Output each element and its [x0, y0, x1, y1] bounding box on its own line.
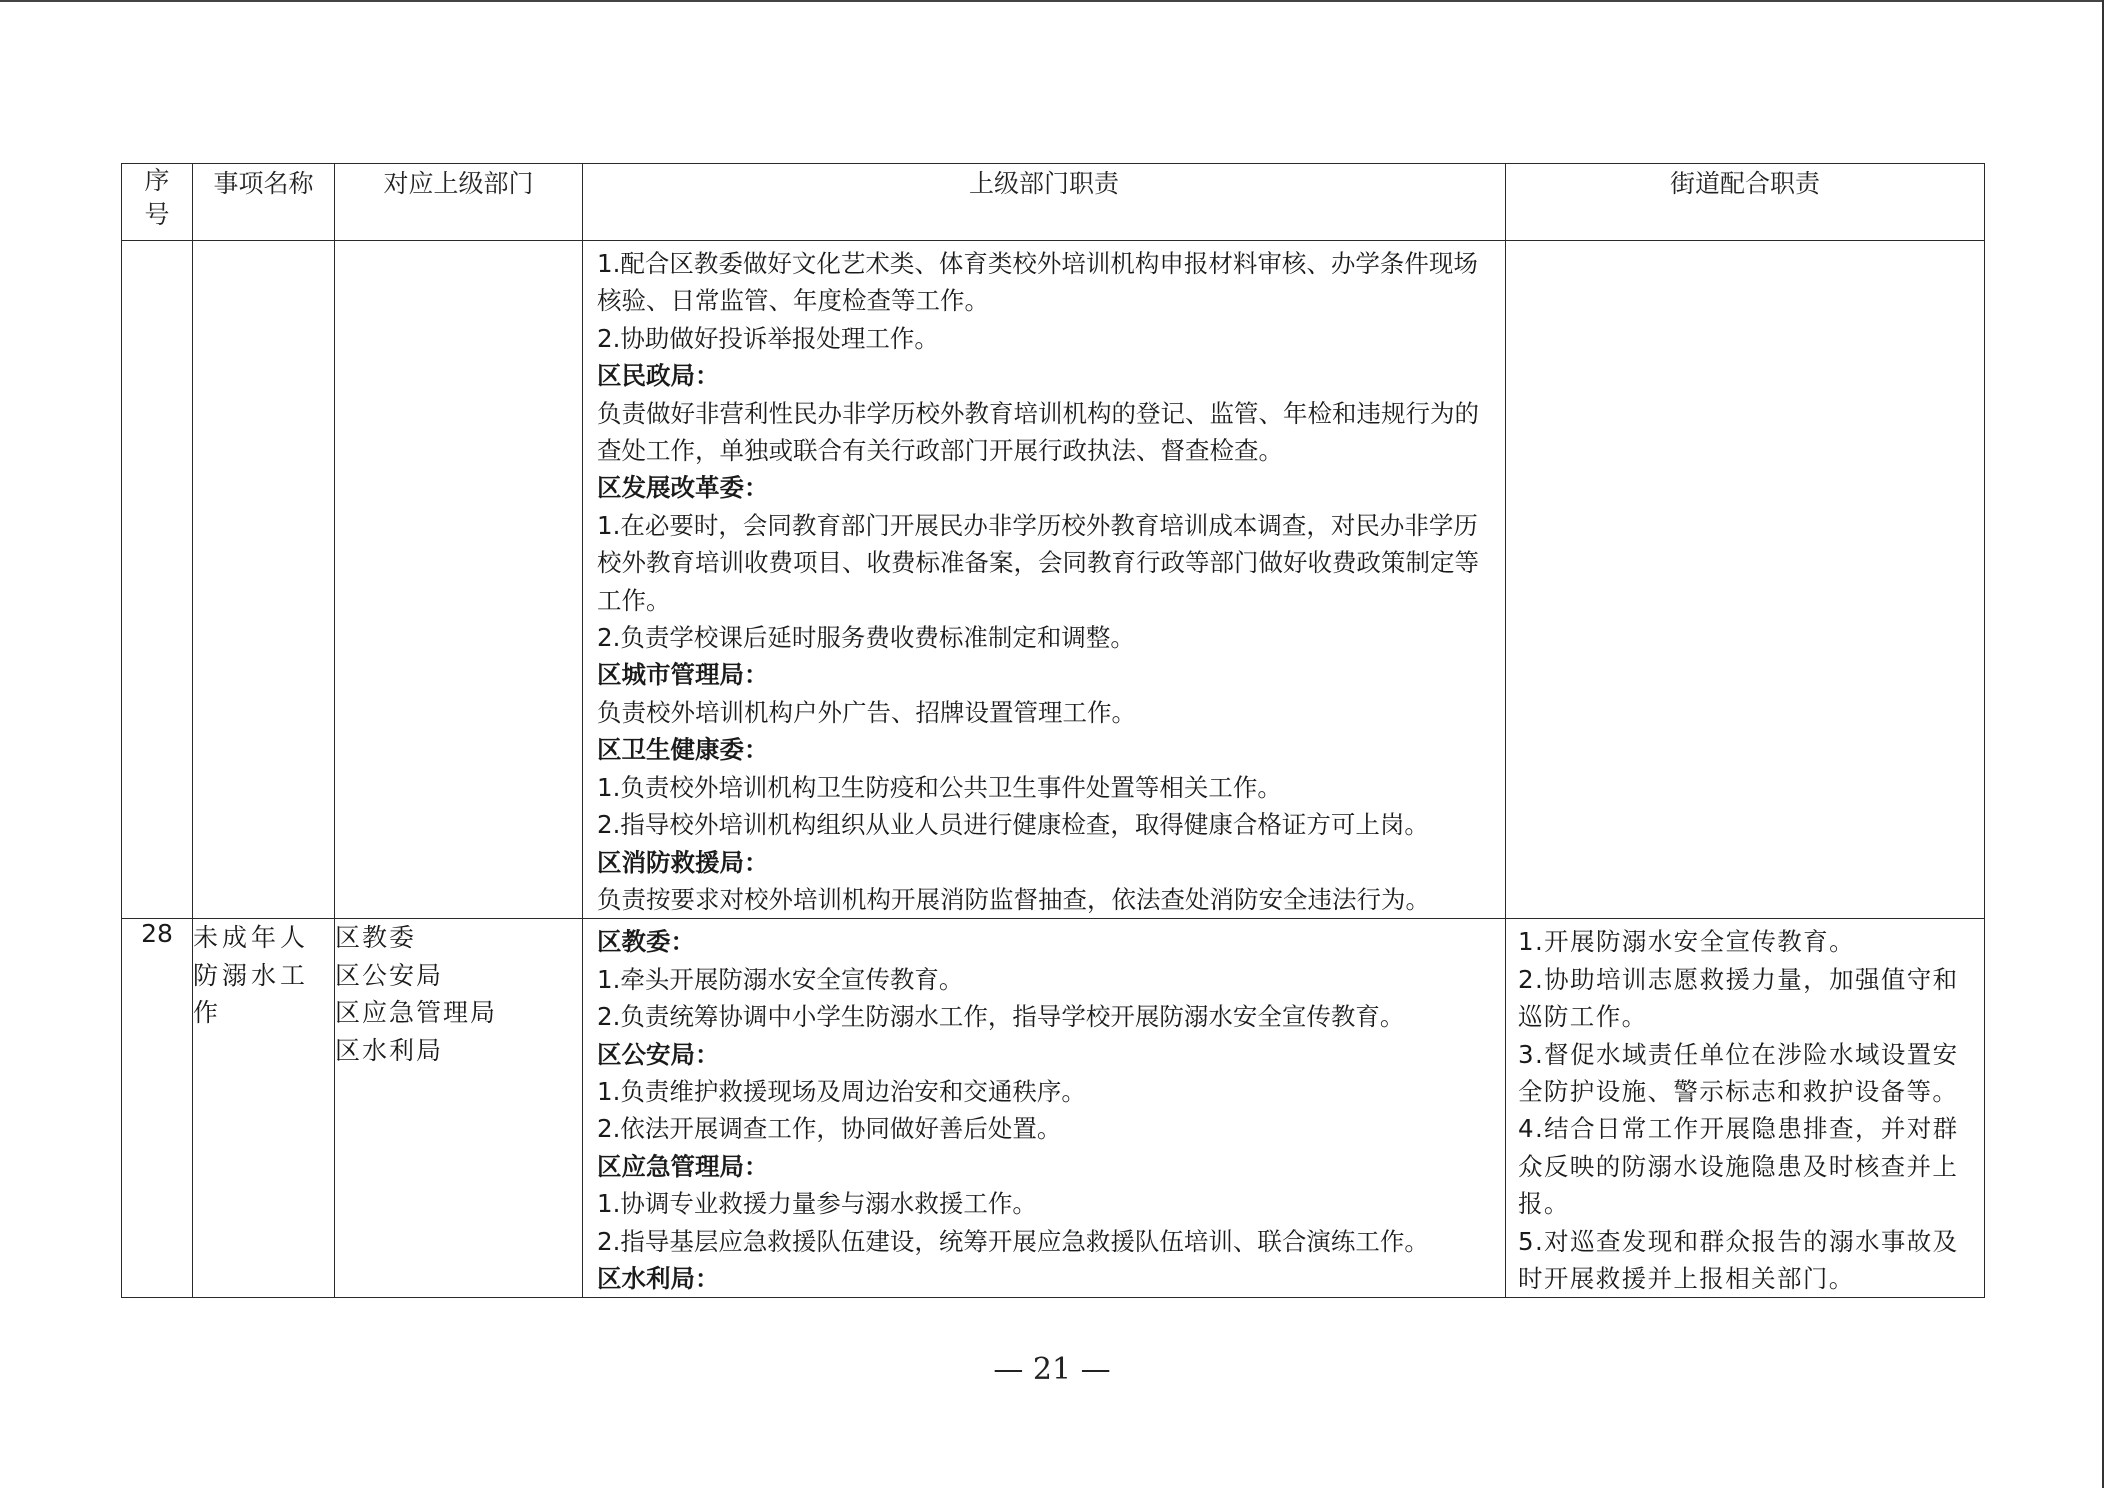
duty-item: 2.协助做好投诉举报处理工作。	[597, 320, 1495, 357]
dept-heading: 区水利局：	[597, 1260, 1495, 1297]
page-top-border	[0, 0, 2104, 2]
seq-cell: 28	[122, 919, 193, 1298]
header-seq-line1: 序	[122, 164, 192, 198]
dept-heading: 区应急管理局：	[597, 1148, 1495, 1185]
duty-item: 1.开展防溺水安全宣传教育。	[1518, 923, 1974, 960]
upper-dept-cell	[335, 241, 583, 919]
duty-item: 1.负责维护救援现场及周边治安和交通秩序。	[597, 1073, 1495, 1110]
dept-heading: 区民政局：	[597, 357, 1495, 394]
dept-name: 区水利局	[335, 1032, 582, 1069]
table-row-continued: 1.配合区教委做好文化艺术类、体育类校外培训机构申报材料审核、办学条件现场核验、…	[122, 241, 1985, 919]
upper-duty-cell: 区教委：1.牵头开展防溺水安全宣传教育。2.负责统筹协调中小学生防溺水工作，指导…	[583, 919, 1506, 1298]
dept-heading: 区公安局：	[597, 1036, 1495, 1073]
duty-item: 5.对巡查发现和群众报告的溺水事故及时开展救援并上报相关部门。	[1518, 1223, 1974, 1298]
dept-name: 区公安局	[335, 957, 582, 994]
header-item-name: 事项名称	[193, 164, 335, 241]
duty-item: 1.配合区教委做好文化艺术类、体育类校外培训机构申报材料审核、办学条件现场核验、…	[597, 245, 1495, 320]
duty-item: 2.依法开展调查工作，协同做好善后处置。	[597, 1110, 1495, 1147]
item-name-cell: 未成年人防溺水工作	[193, 919, 335, 1298]
upper-duty-list: 1.配合区教委做好文化艺术类、体育类校外培训机构申报材料审核、办学条件现场核验、…	[583, 241, 1505, 918]
duty-item: 1.牵头开展防溺水安全宣传教育。	[597, 961, 1495, 998]
duty-item: 2.协助培训志愿救援力量，加强值守和巡防工作。	[1518, 961, 1974, 1036]
duty-item: 2.指导校外培训机构组织从业人员进行健康检查，取得健康合格证方可上岗。	[597, 806, 1495, 843]
duty-item: 1.在必要时，会同教育部门开展民办非学历校外教育培训成本调查，对民办非学历校外教…	[597, 507, 1495, 619]
dept-heading: 区消防救援局：	[597, 844, 1495, 881]
street-duty-text	[1506, 241, 1984, 245]
duty-item: 1.协调专业救援力量参与溺水救援工作。	[597, 1185, 1495, 1222]
header-upper-duty: 上级部门职责	[583, 164, 1506, 241]
header-upper-dept: 对应上级部门	[335, 164, 583, 241]
duty-item: 1.负责校外培训机构卫生防疫和公共卫生事件处置等相关工作。	[597, 769, 1495, 806]
dept-heading: 区卫生健康委：	[597, 731, 1495, 768]
dept-heading: 区发展改革委：	[597, 469, 1495, 506]
seq-cell	[122, 241, 193, 919]
street-duty-list: 1.开展防溺水安全宣传教育。2.协助培训志愿救援力量，加强值守和巡防工作。3.督…	[1506, 919, 1984, 1297]
dept-heading: 区教委：	[597, 923, 1495, 960]
dept-name: 区应急管理局	[335, 994, 582, 1031]
duty-item: 负责做好非营利性民办非学历校外教育培训机构的登记、监管、年检和违规行为的查处工作…	[597, 395, 1495, 470]
duty-item: 2.负责学校课后延时服务费收费标准制定和调整。	[597, 619, 1495, 656]
duty-item: 2.指导基层应急救援队伍建设，统筹开展应急救援队伍培训、联合演练工作。	[597, 1223, 1495, 1260]
table-row-28: 28 未成年人防溺水工作 区教委区公安局区应急管理局区水利局 区教委：1.牵头开…	[122, 919, 1985, 1298]
street-duty-cell: 1.开展防溺水安全宣传教育。2.协助培训志愿救援力量，加强值守和巡防工作。3.督…	[1506, 919, 1985, 1298]
upper-duty-cell: 1.配合区教委做好文化艺术类、体育类校外培训机构申报材料审核、办学条件现场核验、…	[583, 241, 1506, 919]
header-seq-line2: 号	[122, 198, 192, 232]
page-number: — 21 —	[0, 1352, 2104, 1387]
duty-item: 4.结合日常工作开展隐患排查，并对群众反映的防溺水设施隐患及时核查并上报。	[1518, 1110, 1974, 1222]
dept-heading: 区城市管理局：	[597, 656, 1495, 693]
duty-item: 负责按要求对校外培训机构开展消防监督抽查，依法查处消防安全违法行为。	[597, 881, 1495, 918]
table-header-row: 序 号 事项名称 对应上级部门 上级部门职责 街道配合职责	[122, 164, 1985, 241]
upper-dept-cell: 区教委区公安局区应急管理局区水利局	[335, 919, 583, 1298]
duty-item: 负责校外培训机构户外广告、招牌设置管理工作。	[597, 694, 1495, 731]
street-duty-cell	[1506, 241, 1985, 919]
header-seq: 序 号	[122, 164, 193, 241]
duty-item: 3.督促水域责任单位在涉险水域设置安全防护设施、警示标志和救护设备等。	[1518, 1036, 1974, 1111]
header-street-duty: 街道配合职责	[1506, 164, 1985, 241]
duty-item: 2.负责统筹协调中小学生防溺水工作，指导学校开展防溺水安全宣传教育。	[597, 998, 1495, 1035]
upper-duty-list: 区教委：1.牵头开展防溺水安全宣传教育。2.负责统筹协调中小学生防溺水工作，指导…	[583, 919, 1505, 1297]
upper-dept-list: 区教委区公安局区应急管理局区水利局	[335, 919, 582, 1069]
duty-table: 序 号 事项名称 对应上级部门 上级部门职责 街道配合职责 1.配合区教委做好文…	[121, 163, 1985, 1298]
item-name-cell	[193, 241, 335, 919]
dept-name: 区教委	[335, 919, 582, 956]
